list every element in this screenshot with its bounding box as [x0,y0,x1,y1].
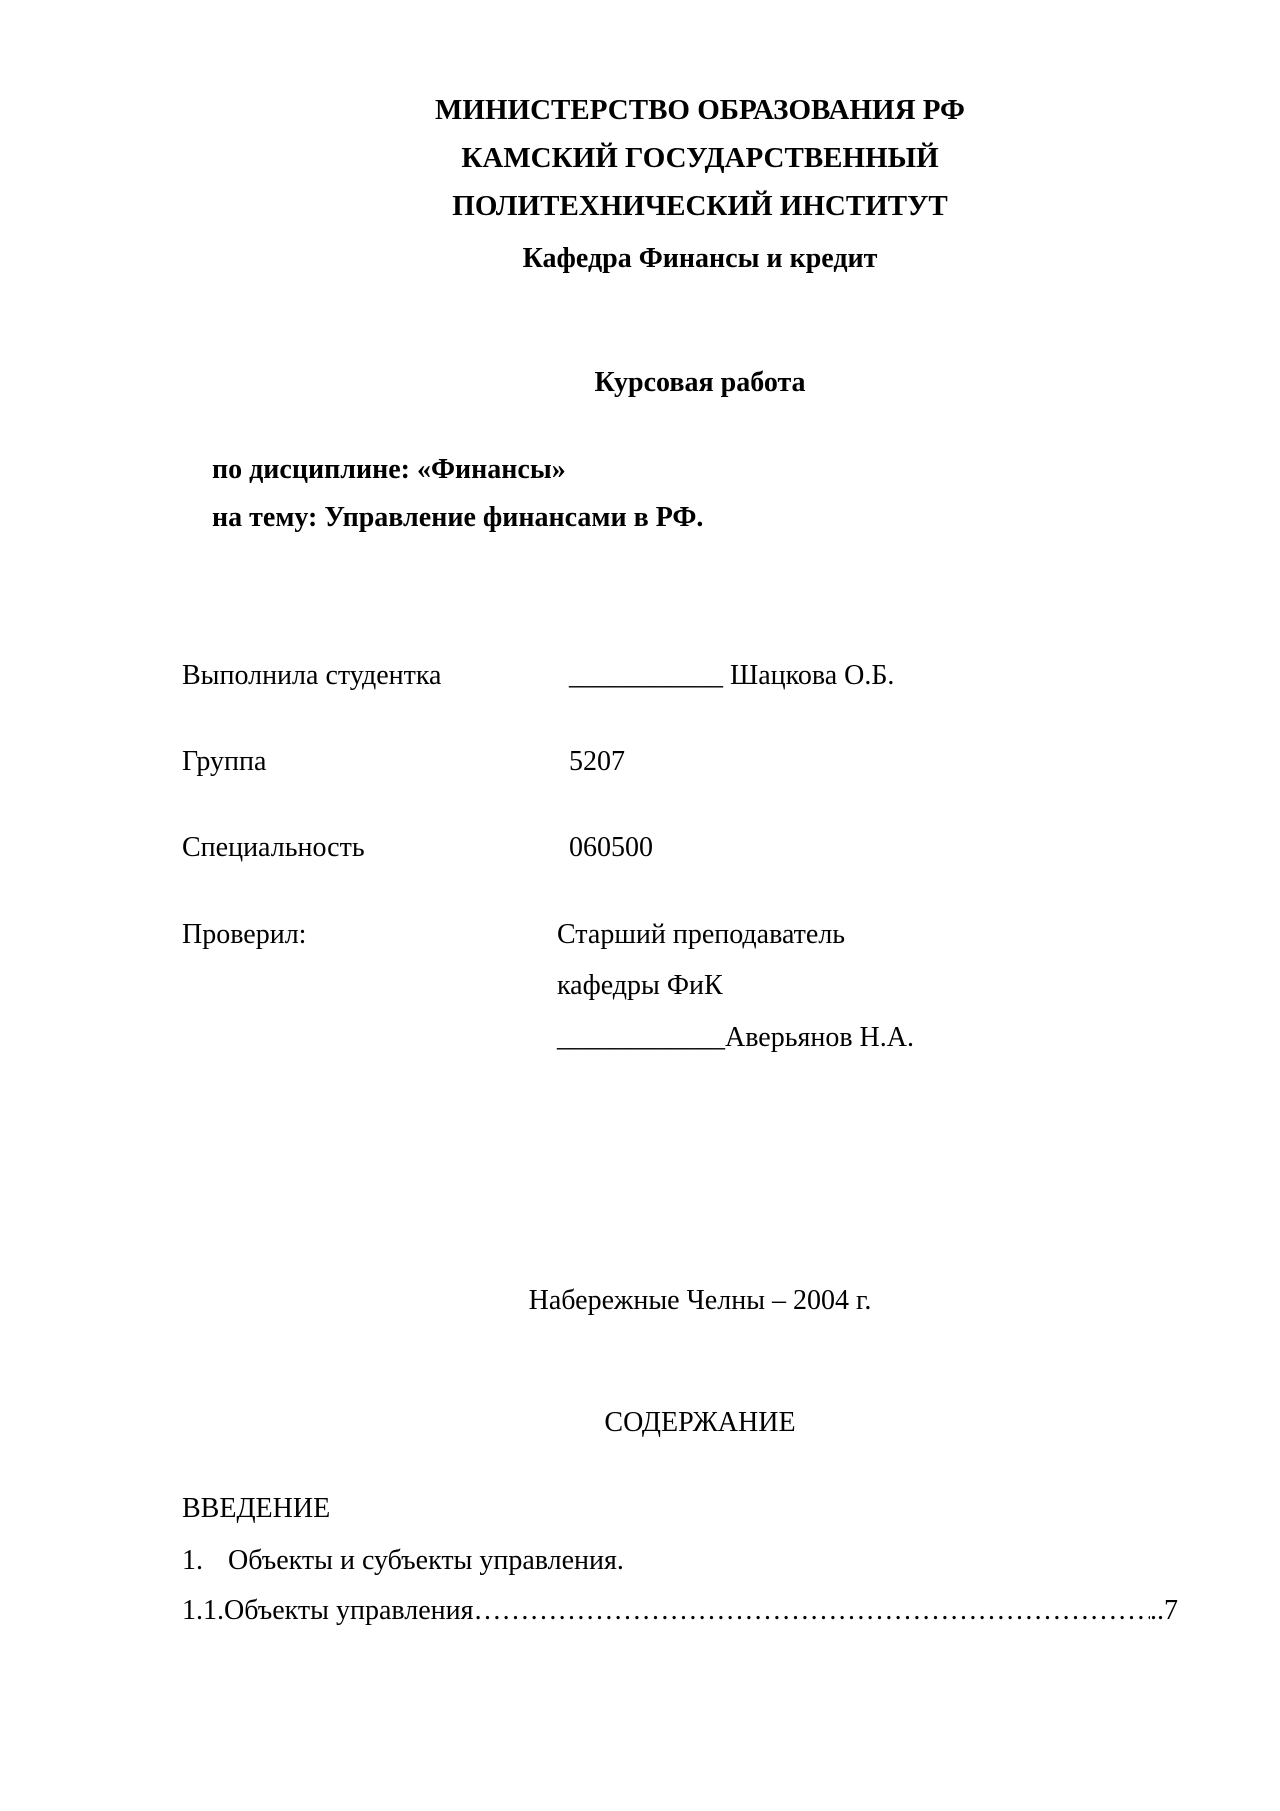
specialty-value: 060500 [569,834,653,862]
toc-leader-dots [473,1597,1150,1625]
reviewer-position: Старший преподаватель [557,921,845,949]
ministry-heading: МИНИСТЕРСТВО ОБРАЗОВАНИЯ РФ [0,96,1280,125]
student-label: Выполнила студентка [182,662,441,690]
toc-item: 1.Объекты и субъекты управления. [182,1547,624,1575]
institute-heading-line2: ПОЛИТЕХНИЧЕСКИЙ ИНСТИТУТ [0,192,1280,221]
toc-subitem: 1.1.Объекты управления..7 [182,1597,1178,1625]
topic-line: на тему: Управление финансами в РФ. [212,504,703,532]
contents-heading: СОДЕРЖАНИЕ [0,1409,1280,1437]
institute-heading-line1: КАМСКИЙ ГОСУДАРСТВЕННЫЙ [0,144,1280,173]
reviewer-signature: ____________Аверьянов Н.А. [557,1024,914,1052]
student-value: ___________ Шацкова О.Б. [569,662,894,690]
toc-intro: ВВЕДЕНИЕ [182,1495,330,1523]
toc-subitem-page: ..7 [1150,1597,1178,1625]
reviewer-label: Проверил: [182,921,306,949]
toc-item-title: Объекты и субъекты управления. [228,1545,624,1576]
group-label: Группа [182,748,266,776]
city-year: Набережные Челны – 2004 г. [0,1287,1280,1315]
toc-item-number: 1. [182,1547,228,1575]
specialty-label: Специальность [182,834,365,862]
reviewer-department: кафедры ФиК [557,972,723,1000]
document-page: МИНИСТЕРСТВО ОБРАЗОВАНИЯ РФ КАМСКИЙ ГОСУ… [0,0,1280,1811]
toc-subitem-number: 1.1. [182,1597,224,1625]
toc-subitem-title: Объекты управления [224,1597,473,1625]
discipline-line: по дисциплине: «Финансы» [212,456,566,484]
department-heading: Кафедра Финансы и кредит [0,245,1280,273]
group-value: 5207 [569,748,625,776]
work-type: Курсовая работа [0,369,1280,397]
